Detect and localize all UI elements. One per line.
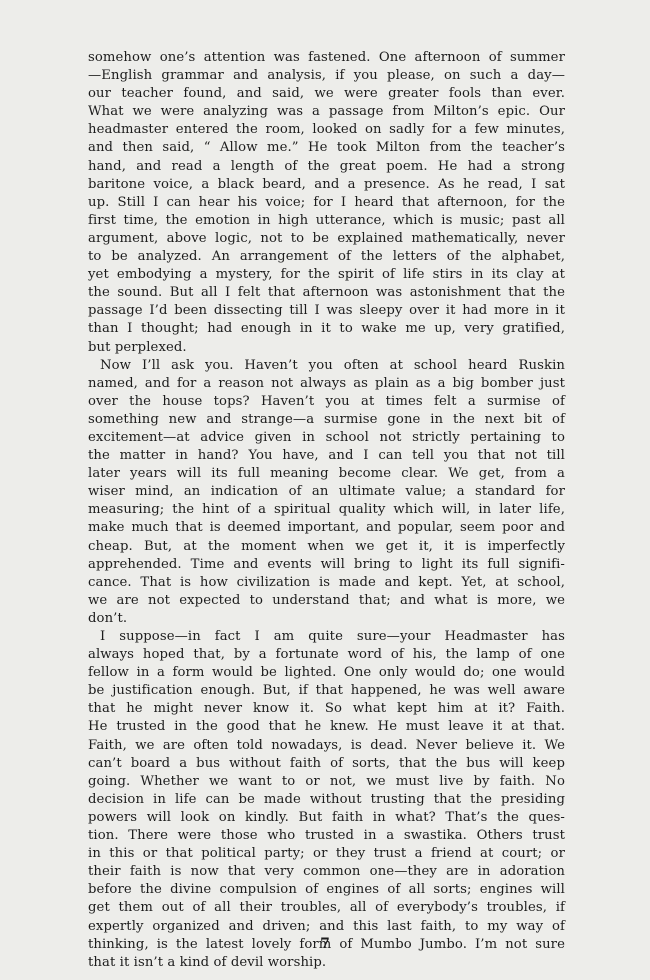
- text-line: over the house tops? Haven’t you at time…: [88, 393, 565, 411]
- text-line: wiser mind, an indication of an ultimate…: [88, 483, 565, 501]
- text-line: get them out of all their troubles, all …: [88, 899, 565, 917]
- text-line: hand, and read a length of the great poe…: [88, 158, 565, 176]
- text-line: first time, the emotion in high utteranc…: [88, 212, 565, 230]
- text-line: excitement—at advice given in school not…: [88, 429, 565, 447]
- text-line: yet embodying a mystery, for the spirit …: [88, 266, 565, 284]
- text-line: Faith, we are often told nowadays, is de…: [88, 737, 565, 755]
- text-line: and then said, “ Allow me.” He took Milt…: [88, 139, 565, 157]
- text-line: something new and strange—a surmise gone…: [88, 411, 565, 429]
- text-line: He trusted in the good that he knew. He …: [88, 718, 565, 736]
- text-line: make much that is deemed important, and …: [88, 519, 565, 537]
- text-line: decision in life can be made without tru…: [88, 791, 565, 809]
- paragraph: I suppose—in fact I am quite sure—your H…: [88, 628, 565, 972]
- text-line: somehow one’s attention was fastened. On…: [88, 49, 565, 67]
- text-line: don’t.: [88, 610, 565, 628]
- text-line: can’t board a bus without faith of sorts…: [88, 755, 565, 773]
- text-line: headmaster entered the room, looked on s…: [88, 121, 565, 139]
- text-line: powers will look on kindly. But faith in…: [88, 809, 565, 827]
- text-line: argument, above logic, not to be explain…: [88, 230, 565, 248]
- text-line: but perplexed.: [88, 339, 565, 357]
- text-line: apprehended. Time and events will bring …: [88, 556, 565, 574]
- text-line: passage I’d been dissecting till I was s…: [88, 302, 565, 320]
- text-line: baritone voice, a black beard, and a pre…: [88, 176, 565, 194]
- text-line: that he might never know it. So what kep…: [88, 700, 565, 718]
- text-line: be justification enough. But, if that ha…: [88, 682, 565, 700]
- page-body: somehow one’s attention was fastened. On…: [88, 49, 565, 972]
- text-line: cance. That is how civilization is made …: [88, 574, 565, 592]
- text-line: Now I’ll ask you. Haven’t you often at s…: [88, 357, 565, 375]
- text-line: measuring; the hint of a spiritual quali…: [88, 501, 565, 519]
- text-line: going. Whether we want to or not, we mus…: [88, 773, 565, 791]
- text-line: cheap. But, at the moment when we get it…: [88, 538, 565, 556]
- text-line: tion. There were those who trusted in a …: [88, 827, 565, 845]
- text-line: we are not expected to understand that; …: [88, 592, 565, 610]
- text-line: up. Still I can hear his voice; for I he…: [88, 194, 565, 212]
- text-line: their faith is now that very common one—…: [88, 863, 565, 881]
- text-line: in this or that political party; or they…: [88, 845, 565, 863]
- text-line: fellow in a form would be lighted. One o…: [88, 664, 565, 682]
- text-line: always hoped that, by a fortunate word o…: [88, 646, 565, 664]
- text-line: before the divine compulsion of engines …: [88, 881, 565, 899]
- text-line: the sound. But all I felt that afternoon…: [88, 284, 565, 302]
- text-line: that it isn’t a kind of devil worship.: [88, 954, 565, 972]
- paragraph: Now I’ll ask you. Haven’t you often at s…: [88, 357, 565, 628]
- text-line: the matter in hand? You have, and I can …: [88, 447, 565, 465]
- text-line: to be analyzed. An arrangement of the le…: [88, 248, 565, 266]
- text-line: our teacher found, and said, we were gre…: [88, 85, 565, 103]
- paragraph: somehow one’s attention was fastened. On…: [88, 49, 565, 357]
- text-line: What we were analyzing was a passage fro…: [88, 103, 565, 121]
- text-line: I suppose—in fact I am quite sure—your H…: [88, 628, 565, 646]
- text-line: later years will its full meaning become…: [88, 465, 565, 483]
- page-number: 7: [0, 936, 650, 952]
- text-line: —English grammar and analysis, if you pl…: [88, 67, 565, 85]
- text-line: expertly organized and driven; and this …: [88, 918, 565, 936]
- text-line: named, and for a reason not always as pl…: [88, 375, 565, 393]
- text-line: than I thought; had enough in it to wake…: [88, 320, 565, 338]
